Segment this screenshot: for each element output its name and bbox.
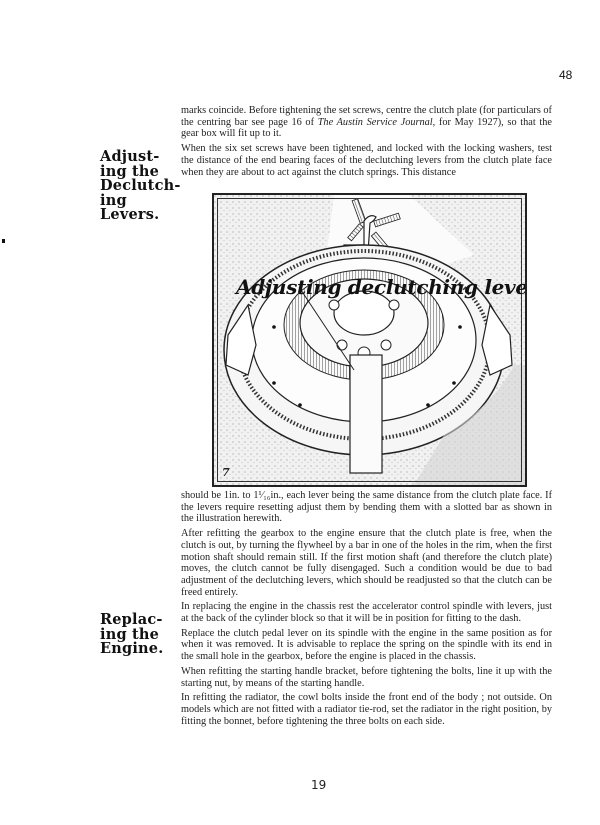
paragraph: In refitting the radiator, the cowl bolt… (181, 692, 552, 727)
margin-heading-adjusting-levers: Adjust- ing the Declutch- ing Levers. (100, 150, 181, 223)
body-text-top: marks coincide. Before tightening the se… (181, 105, 552, 181)
page-number-top: 48 (559, 68, 572, 82)
scan-speck (2, 239, 5, 243)
heading-line: Levers. (100, 208, 181, 223)
heading-line: Engine. (100, 642, 163, 657)
body-text-bottom: should be 1in. to 1¹⁄₁₆in., each lever b… (181, 490, 552, 730)
paragraph: should be 1in. to 1¹⁄₁₆in., each lever b… (181, 490, 552, 525)
paragraph: marks coincide. Before tightening the se… (181, 105, 552, 140)
paragraph: In replacing the engine in the chassis r… (181, 601, 552, 624)
margin-heading-replacing-engine: Replac- ing the Engine. (100, 613, 163, 657)
illustration-figure: Adjusting declutching levers 7 (212, 193, 527, 487)
paragraph: After refitting the gearbox to the engin… (181, 528, 552, 598)
figure-caption: Adjusting declutching levers (236, 275, 527, 299)
page-number-bottom: 19 (311, 778, 326, 792)
figure-number: 7 (222, 466, 230, 479)
journal-title: The Austin Service Journal (318, 117, 433, 128)
paragraph: When refitting the starting handle brack… (181, 666, 552, 689)
paragraph: Replace the clutch pedal lever on its sp… (181, 628, 552, 663)
figure-frame (217, 198, 522, 482)
paragraph: When the six set screws have been tighte… (181, 143, 552, 178)
